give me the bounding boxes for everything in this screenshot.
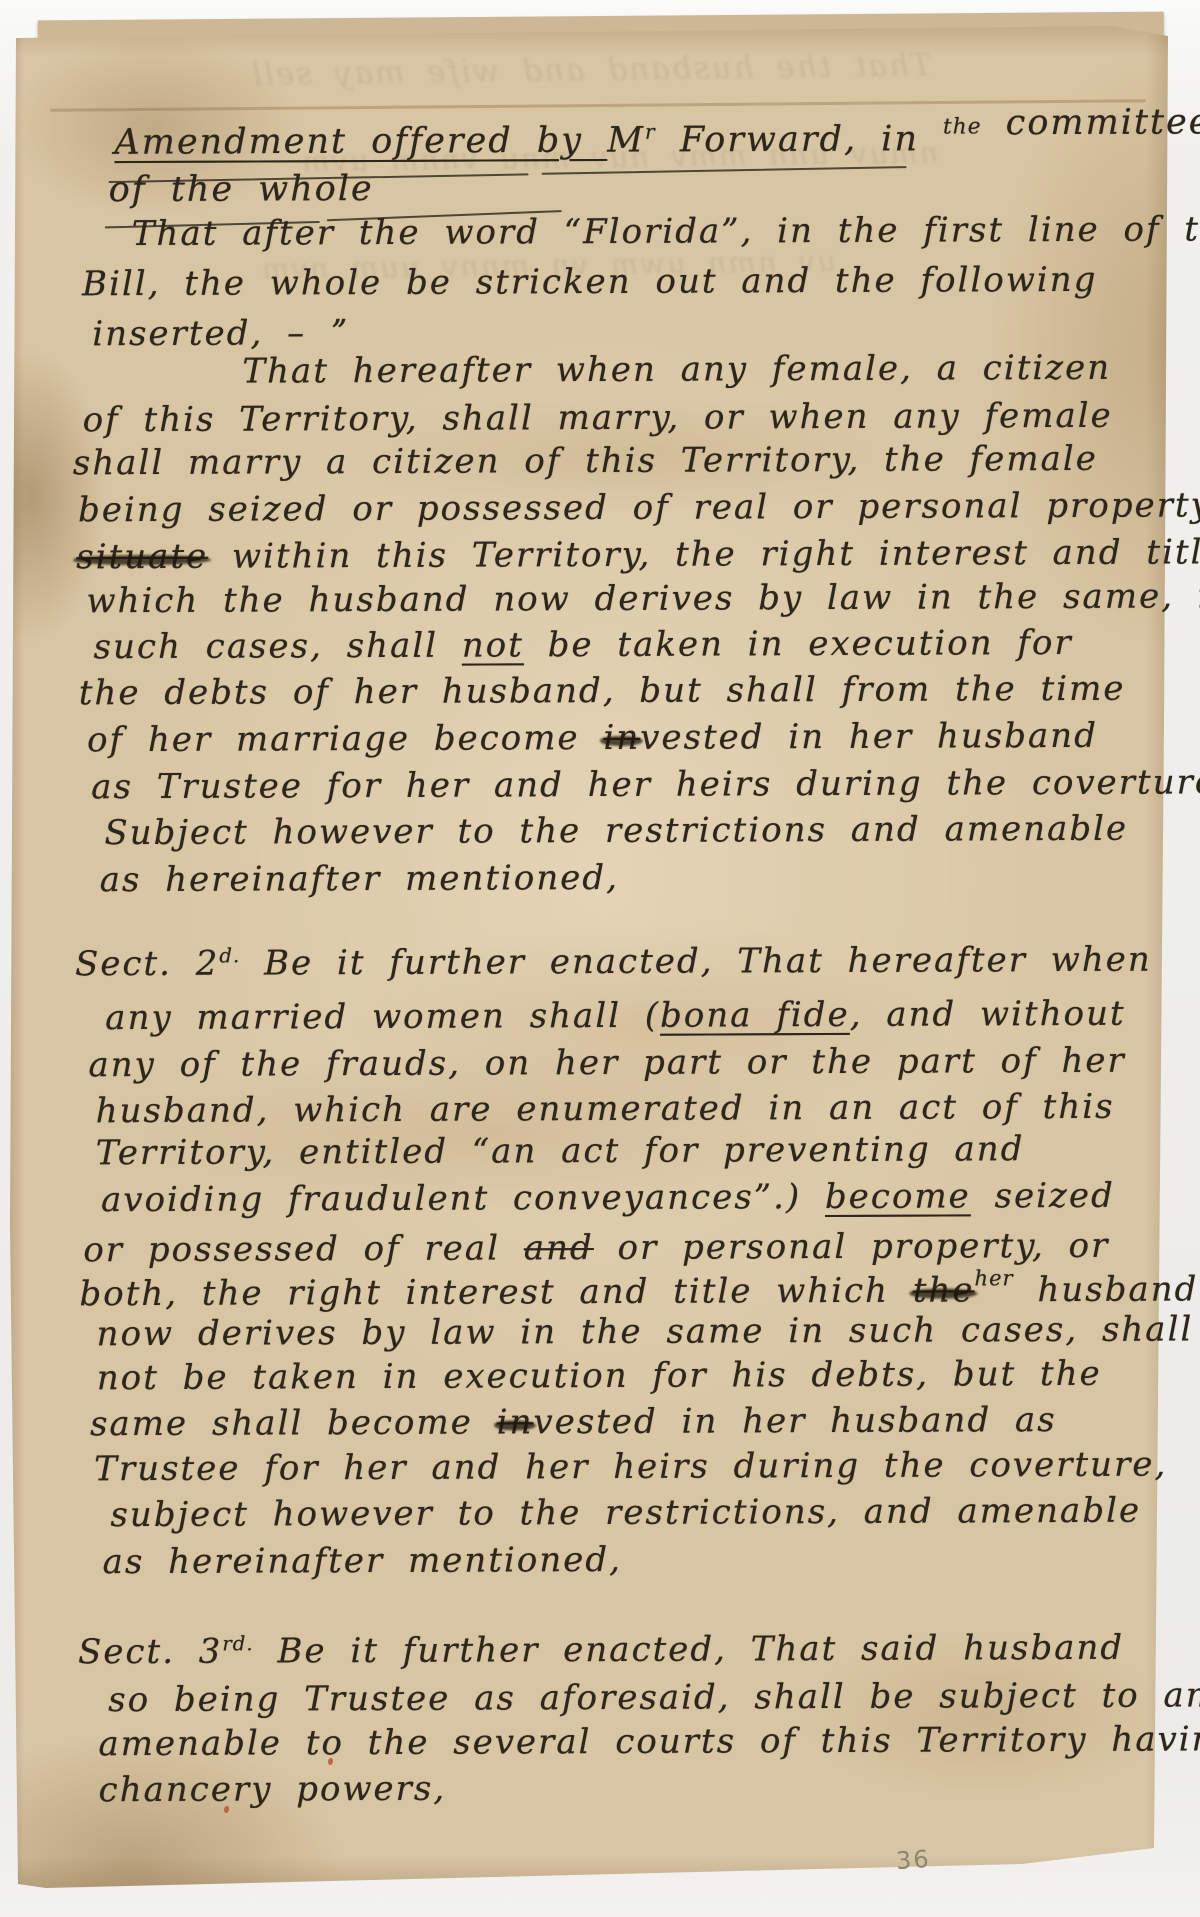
red-speck bbox=[224, 1806, 229, 1813]
page-number: 36 bbox=[895, 1845, 931, 1875]
marks-layer: 36 bbox=[0, 0, 1200, 1917]
red-speck bbox=[328, 1758, 333, 1765]
